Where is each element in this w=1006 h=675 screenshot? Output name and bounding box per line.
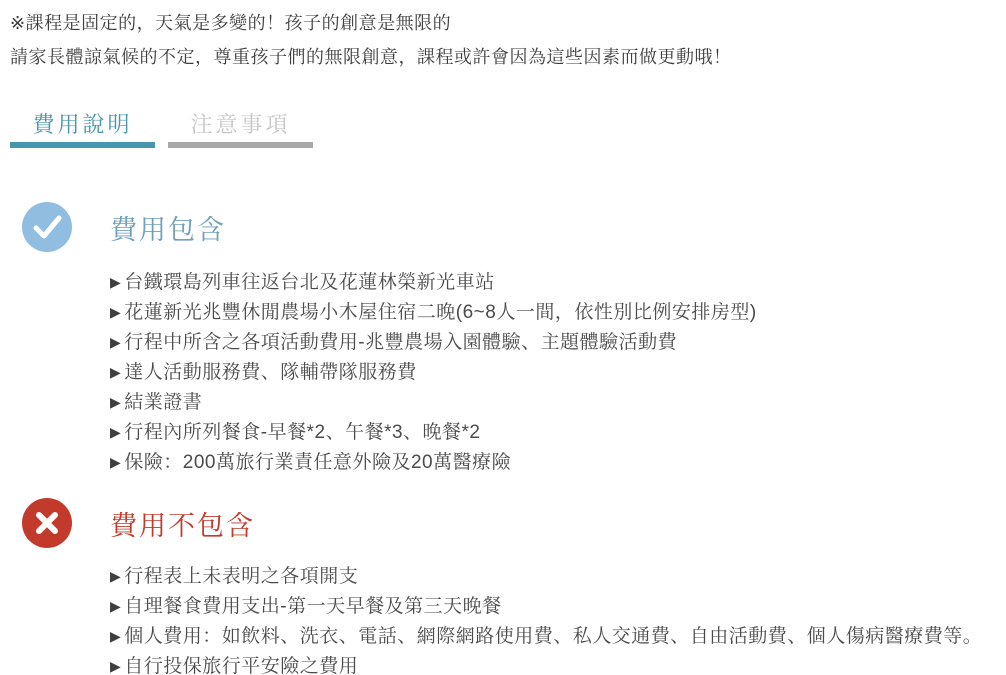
list-item: ▶行程內所列餐食-早餐*2、午餐*3、晚餐*2: [110, 418, 1006, 448]
list-item-text: 結業證書: [124, 392, 202, 413]
list-item-text: 行程表上未表明之各項開支: [124, 566, 358, 587]
tab-bar: 費用說明 注意事項: [10, 108, 1006, 148]
tab-notes[interactable]: 注意事項: [168, 108, 313, 148]
list-item: ▶行程中所含之各項活動費用-兆豐農場入園體驗、主題體驗活動費: [110, 328, 1006, 358]
triangle-bullet-icon: ▶: [110, 364, 121, 380]
list-item-text: 保險：200萬旅行業責任意外險及20萬醫療險: [124, 452, 511, 473]
fee-excluded-list: ▶行程表上未表明之各項開支 ▶自理餐食費用支出-第一天早餐及第三天晚餐 ▶個人費…: [110, 562, 1006, 675]
fee-included-title: 費用包含: [110, 208, 226, 247]
list-item: ▶結業證書: [110, 388, 1006, 418]
fee-included-header: 費用包含: [22, 202, 1006, 252]
list-item: ▶個人費用：如飲料、洗衣、電話、網際網路使用費、私人交通費、自由活動費、個人傷病…: [110, 622, 1006, 652]
triangle-bullet-icon: ▶: [110, 394, 121, 410]
notice-line-2: 請家長體諒氣候的不定，尊重孩子們的無限創意，課程或許會因為這些因素而做更動哦！: [10, 40, 1006, 74]
notice-line-1: ※課程是固定的，天氣是多變的！孩子的創意是無限的: [10, 6, 1006, 40]
list-item-text: 台鐵環島列車往返台北及花蓮林榮新光車站: [124, 272, 495, 293]
triangle-bullet-icon: ▶: [110, 424, 121, 440]
triangle-bullet-icon: ▶: [110, 304, 121, 320]
course-notice: ※課程是固定的，天氣是多變的！孩子的創意是無限的 請家長體諒氣候的不定，尊重孩子…: [10, 6, 1006, 74]
fee-info-page: ※課程是固定的，天氣是多變的！孩子的創意是無限的 請家長體諒氣候的不定，尊重孩子…: [0, 0, 1006, 675]
triangle-bullet-icon: ▶: [110, 568, 121, 584]
triangle-bullet-icon: ▶: [110, 628, 121, 644]
list-item-text: 達人活動服務費、隊輔帶隊服務費: [124, 362, 417, 383]
fee-included-list: ▶台鐵環島列車往返台北及花蓮林榮新光車站 ▶花蓮新光兆豐休閒農場小木屋住宿二晚(…: [110, 268, 1006, 478]
triangle-bullet-icon: ▶: [110, 334, 121, 350]
list-item: ▶花蓮新光兆豐休閒農場小木屋住宿二晚(6~8人一間，依性別比例安排房型): [110, 298, 1006, 328]
list-item-text: 行程中所含之各項活動費用-兆豐農場入園體驗、主題體驗活動費: [124, 332, 677, 353]
list-item-text: 個人費用：如飲料、洗衣、電話、網際網路使用費、私人交通費、自由活動費、個人傷病醫…: [124, 626, 982, 647]
fee-excluded-title: 費用不包含: [110, 504, 255, 543]
list-item-text: 行程內所列餐食-早餐*2、午餐*3、晚餐*2: [124, 422, 480, 443]
list-item-text: 自行投保旅行平安險之費用: [124, 656, 358, 675]
check-circle-icon: [22, 202, 72, 252]
triangle-bullet-icon: ▶: [110, 598, 121, 614]
list-item: ▶達人活動服務費、隊輔帶隊服務費: [110, 358, 1006, 388]
triangle-bullet-icon: ▶: [110, 454, 121, 470]
tab-fee-description[interactable]: 費用說明: [10, 108, 155, 148]
list-item-text: 自理餐食費用支出-第一天早餐及第三天晚餐: [124, 596, 501, 617]
fee-excluded-section: 費用不包含 ▶行程表上未表明之各項開支 ▶自理餐食費用支出-第一天早餐及第三天晚…: [10, 498, 1006, 675]
list-item-text: 花蓮新光兆豐休閒農場小木屋住宿二晚(6~8人一間，依性別比例安排房型): [124, 302, 756, 323]
fee-included-section: 費用包含 ▶台鐵環島列車往返台北及花蓮林榮新光車站 ▶花蓮新光兆豐休閒農場小木屋…: [10, 202, 1006, 478]
triangle-bullet-icon: ▶: [110, 658, 121, 674]
triangle-bullet-icon: ▶: [110, 274, 121, 290]
list-item: ▶行程表上未表明之各項開支: [110, 562, 1006, 592]
list-item: ▶保險：200萬旅行業責任意外險及20萬醫療險: [110, 448, 1006, 478]
list-item: ▶自行投保旅行平安險之費用: [110, 652, 1006, 675]
list-item: ▶自理餐食費用支出-第一天早餐及第三天晚餐: [110, 592, 1006, 622]
x-circle-icon: [22, 498, 72, 548]
fee-excluded-header: 費用不包含: [22, 498, 1006, 548]
list-item: ▶台鐵環島列車往返台北及花蓮林榮新光車站: [110, 268, 1006, 298]
